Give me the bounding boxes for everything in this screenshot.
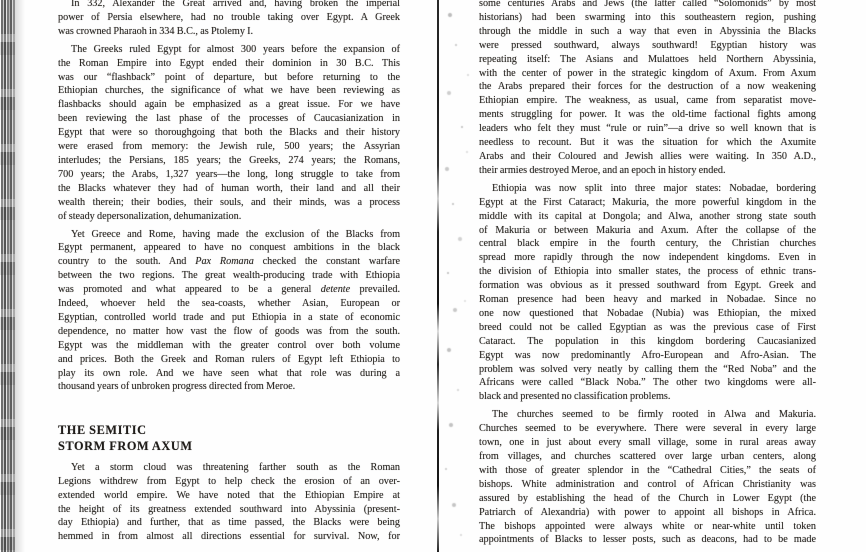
text-line: hemmed in from almost all directions ess… — [58, 530, 400, 544]
text-line: power of Persia elsewhere, had no troubl… — [58, 11, 400, 25]
text-line: was promoted and what appeared to be a g… — [58, 283, 400, 297]
text-line: one now questioned that Nobadae (Nubia) … — [479, 307, 816, 321]
text-line: flashbacks should again be emphasized as… — [58, 98, 400, 112]
text-line: formation was obvious as it pressed sout… — [479, 279, 816, 293]
text-line: from villages, and churches scattered ov… — [479, 450, 816, 464]
book-page: In 332, Alexander the Great arrived and,… — [0, 0, 866, 552]
text-line: been reviewing the last phase of the pro… — [58, 112, 400, 126]
text-line: were erased from memory: the Jewish rule… — [58, 140, 400, 154]
text-line: Egypt that were so thoroughgoing that bo… — [58, 126, 400, 140]
paragraph: In 332, Alexander the Great arrived and,… — [58, 0, 400, 39]
text-line: Egypt permanent, appeared to have no con… — [58, 241, 400, 255]
text-line: was our “flashback” point of departure, … — [58, 71, 400, 85]
text-line: middle with its capital at Dongola; and … — [479, 210, 816, 224]
section-heading-line: STORM FROM AXUM — [58, 439, 400, 454]
paragraph: The churches seemed to be firmly rooted … — [479, 408, 816, 547]
text-line: Ethiopia was now split into three major … — [479, 182, 816, 196]
text-line: Yet a storm cloud was threatening farthe… — [58, 461, 400, 475]
text-line: day Ethiopia) and further, that as time … — [58, 516, 400, 530]
text-line: Cataract. The population in this kingdom… — [479, 335, 816, 349]
text-line: Egypt was the middleman with the greater… — [58, 339, 400, 353]
text-line: interludes; the Persians, 185 years; the… — [58, 154, 400, 168]
text-line: black and presented no classification pr… — [479, 390, 816, 404]
text-line: thousand years of unbroken progress dire… — [58, 380, 400, 394]
text-line: Indeed, whoever held the sea-coasts, whe… — [58, 297, 400, 311]
paragraph: Ethiopia was now split into three major … — [479, 182, 816, 405]
text-line: Egyptian, controlled world trade and put… — [58, 311, 400, 325]
book-edge-scan-band — [0, 0, 15, 552]
text-line: with the center of power in the strategi… — [479, 67, 816, 81]
text-line: problem was solved very neatly by callin… — [479, 363, 816, 377]
text-line: The Greeks ruled Egypt for almost 300 ye… — [58, 43, 400, 57]
text-line: Roman presence had been heavy and marked… — [479, 293, 816, 307]
text-line: Ethiopian empire. The weakness, as usual… — [479, 94, 816, 108]
text-line: and prices. Both the Greek and Roman rul… — [58, 353, 400, 367]
text-line: of Makuria or between Makuria and Axum. … — [479, 224, 816, 238]
text-line: Churches seemed to be everywhere. There … — [479, 422, 816, 436]
column-divider-line — [437, 0, 439, 552]
text-line: Patriarch of Alexandria) with power to a… — [479, 506, 816, 520]
paragraph: Yet Greece and Rome, having made the exc… — [58, 228, 400, 395]
text-line: breed could not be called Egyptian as wa… — [479, 321, 816, 335]
text-line: between the two regions. The great wealt… — [58, 269, 400, 283]
scan-noise-speckles — [0, 0, 2, 2]
text-line: leaders who felt they must “rule or ruin… — [479, 122, 816, 136]
text-line: Arabs and their Coloured and Jewish alli… — [479, 150, 816, 164]
text-line: their armies destroyed Meroe, and an epo… — [479, 164, 816, 178]
text-line: In 332, Alexander the Great arrived and,… — [58, 0, 400, 11]
text-line: play its own role. And we have seen what… — [58, 367, 400, 381]
text-line: assured by establishing the head of the … — [479, 492, 816, 506]
text-line: the height of its greatness extended sou… — [58, 503, 400, 517]
text-line: The bishops appointed were always white … — [479, 520, 816, 534]
paragraph: Yet a storm cloud was threatening farthe… — [58, 461, 400, 544]
left-text-column: In 332, Alexander the Great arrived and,… — [58, 0, 400, 544]
section-heading-line: THE SEMITIC — [58, 423, 400, 438]
text-line: repeating itself: The Asians and Mulatto… — [479, 53, 816, 67]
text-line: Egypt was now predominantly Afro-Europea… — [479, 349, 816, 363]
text-line: spread more rapidly through the now inde… — [479, 251, 816, 265]
text-line: country to the south. And Pax Romana che… — [58, 255, 400, 269]
text-line: Egypt at the First Cataract; Makuria, th… — [479, 196, 816, 210]
text-line: the Arabs prepared their forces for the … — [479, 80, 816, 94]
paragraph: some centuries Arabs and Jews (the latte… — [479, 0, 816, 178]
text-line: bishops. White administration and contro… — [479, 478, 816, 492]
right-text-column: some centuries Arabs and Jews (the latte… — [479, 0, 816, 547]
text-line: was crowned Pharaoh in 334 B.C., as Ptol… — [58, 25, 400, 39]
text-line: extended world empire. We have noted tha… — [58, 489, 400, 503]
text-line: dependence, no matter how vast the flow … — [58, 325, 400, 339]
text-line: needless to recount. But it was the situ… — [479, 136, 816, 150]
text-line: with those of greater splendor in the “C… — [479, 464, 816, 478]
text-line: historians) had been swarming into this … — [479, 11, 816, 25]
text-line: Yet Greece and Rome, having made the exc… — [58, 228, 400, 242]
text-line: the division of Ethiopia into smaller st… — [479, 265, 816, 279]
text-line: central black empire in the fourth centu… — [479, 237, 816, 251]
text-line: Ethiopian churches, the significance of … — [58, 84, 400, 98]
book-edge-fade — [15, 0, 25, 552]
text-line: wealth therein; their bodies, their soul… — [58, 196, 400, 210]
text-line: some centuries Arabs and Jews (the latte… — [479, 0, 816, 11]
text-line: the Roman Empire into Egypt ended their … — [58, 57, 400, 71]
text-line: through the middle in such a way that ev… — [479, 25, 816, 39]
text-line: were pressed southward, always southward… — [479, 39, 816, 53]
section-heading: THE SEMITICSTORM FROM AXUM — [58, 423, 400, 453]
text-line: ments struggling for power. It was the o… — [479, 108, 816, 122]
text-line: appointments of Blacks to lesser posts, … — [479, 533, 816, 547]
paragraph: The Greeks ruled Egypt for almost 300 ye… — [58, 43, 400, 224]
text-line: town, one in just about every small vill… — [479, 436, 816, 450]
text-line: the Blacks whatever they had of human wo… — [58, 182, 400, 196]
text-line: of steady depersonalization, dehumanizat… — [58, 210, 400, 224]
text-line: The churches seemed to be firmly rooted … — [479, 408, 816, 422]
text-line: Africans were called “Black Noba.” The o… — [479, 376, 816, 390]
text-line: 700 years; the Arabs, 1,327 years—the lo… — [58, 168, 400, 182]
text-line: Legions withdrew from Egypt to help chec… — [58, 475, 400, 489]
